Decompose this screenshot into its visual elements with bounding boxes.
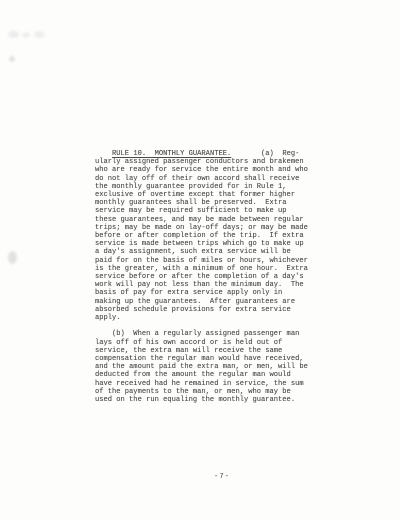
scan-smudge [8,251,17,264]
rule-heading: RULE 10. MONTHLY GUARANTEE. [112,150,231,158]
document-page: RULE 10. MONTHLY GUARANTEE. (a) Reg- ula… [0,0,400,520]
scan-smudge [34,31,45,38]
paragraph-b: (b) When a regularly assigned passenger … [95,330,308,404]
scan-smudge [9,56,15,62]
scan-smudge [22,32,30,38]
scan-smudge [8,31,19,38]
paragraph-a: ularly assigned passenger conductors and… [95,158,308,322]
heading-continuation: (a) Reg- [231,150,299,158]
document-body: RULE 10. MONTHLY GUARANTEE. (a) Reg- ula… [95,150,308,404]
page-number: -7- [214,473,230,481]
heading-indent [95,150,112,158]
